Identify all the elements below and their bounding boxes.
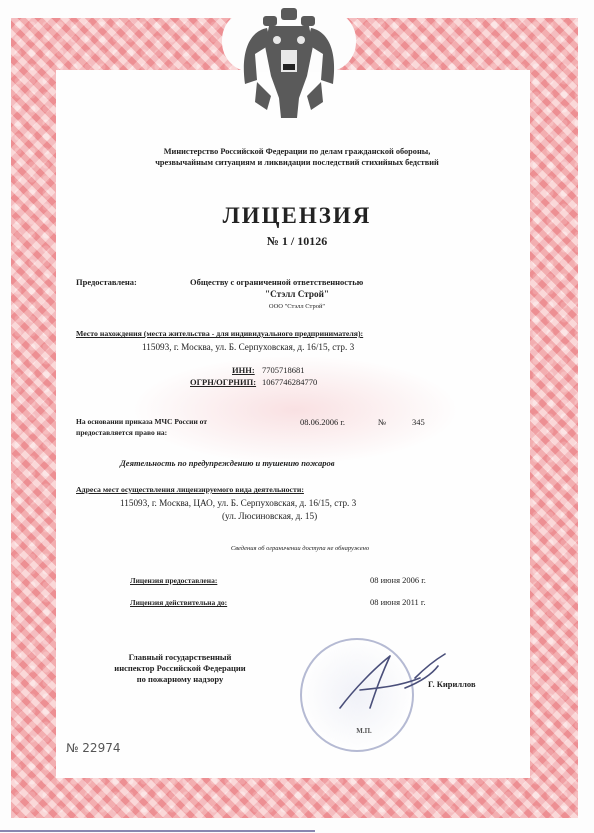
license-number: № 1 / 10126 xyxy=(60,235,534,247)
granted-date: 08 июня 2006 г. xyxy=(370,576,426,585)
ogrn-value: 1067746284770 xyxy=(262,378,317,387)
location-address: 115093, г. Москва, ул. Б. Серпуховская, … xyxy=(142,343,354,352)
bottom-divider xyxy=(0,830,315,832)
granted-label: Лицензия предоставлена: xyxy=(130,577,217,585)
order-no: 345 xyxy=(412,418,425,427)
secrecy-note: Сведения об ограничении доступа не обнар… xyxy=(150,546,450,553)
valid-date: 08 июня 2011 г. xyxy=(370,598,426,607)
ministry-line-2: чрезвычайным ситуациям и ликвидации посл… xyxy=(66,159,528,167)
activity-address-label: Адреса мест осуществления лицензируемого… xyxy=(76,486,304,494)
order-label-2: предоставляется право на: xyxy=(76,429,167,437)
signer-title-line-2: инспектор Российской Федерации xyxy=(80,664,280,673)
ogrn-label: ОГРН/ОГРНИП: xyxy=(190,378,256,387)
activity-address-2: (ул. Люсиновская, д. 15) xyxy=(222,512,317,521)
company-short-name: ООО "Стэлл Строй" xyxy=(232,304,362,311)
signer-name: Г. Кириллов xyxy=(428,680,476,689)
location-label: Место нахождения (места жительства - для… xyxy=(76,330,363,338)
order-label-1: На основании приказа МЧС России от xyxy=(76,418,207,426)
company-full-name: Обществу с ограниченной ответственностью xyxy=(190,278,363,287)
valid-label: Лицензия действительна до: xyxy=(130,599,227,607)
ministry-line-1: Министерство Российской Федерации по дел… xyxy=(66,148,528,156)
signer-title-line-1: Главный государственный xyxy=(80,653,280,662)
stamp-label: М.П. xyxy=(344,728,384,735)
company-name: "Стэлл Строй" xyxy=(232,290,362,299)
order-date: 08.06.2006 г. xyxy=(300,418,345,427)
inn-value: 7705718681 xyxy=(262,366,305,375)
document-title: ЛИЦЕНЗИЯ xyxy=(60,204,534,227)
activity-address-1: 115093, г. Москва, ЦАО, ул. Б. Серпуховс… xyxy=(120,499,356,508)
form-serial-number: № 22974 xyxy=(66,742,120,754)
licensed-activity: Деятельность по предупреждению и тушению… xyxy=(120,459,335,468)
signer-title-line-3: по пожарному надзору xyxy=(80,675,280,684)
order-no-label: № xyxy=(378,418,386,427)
coat-of-arms-icon xyxy=(237,6,341,122)
inn-label: ИНН: xyxy=(232,366,255,375)
issued-to-label: Предоставлена: xyxy=(76,278,137,287)
